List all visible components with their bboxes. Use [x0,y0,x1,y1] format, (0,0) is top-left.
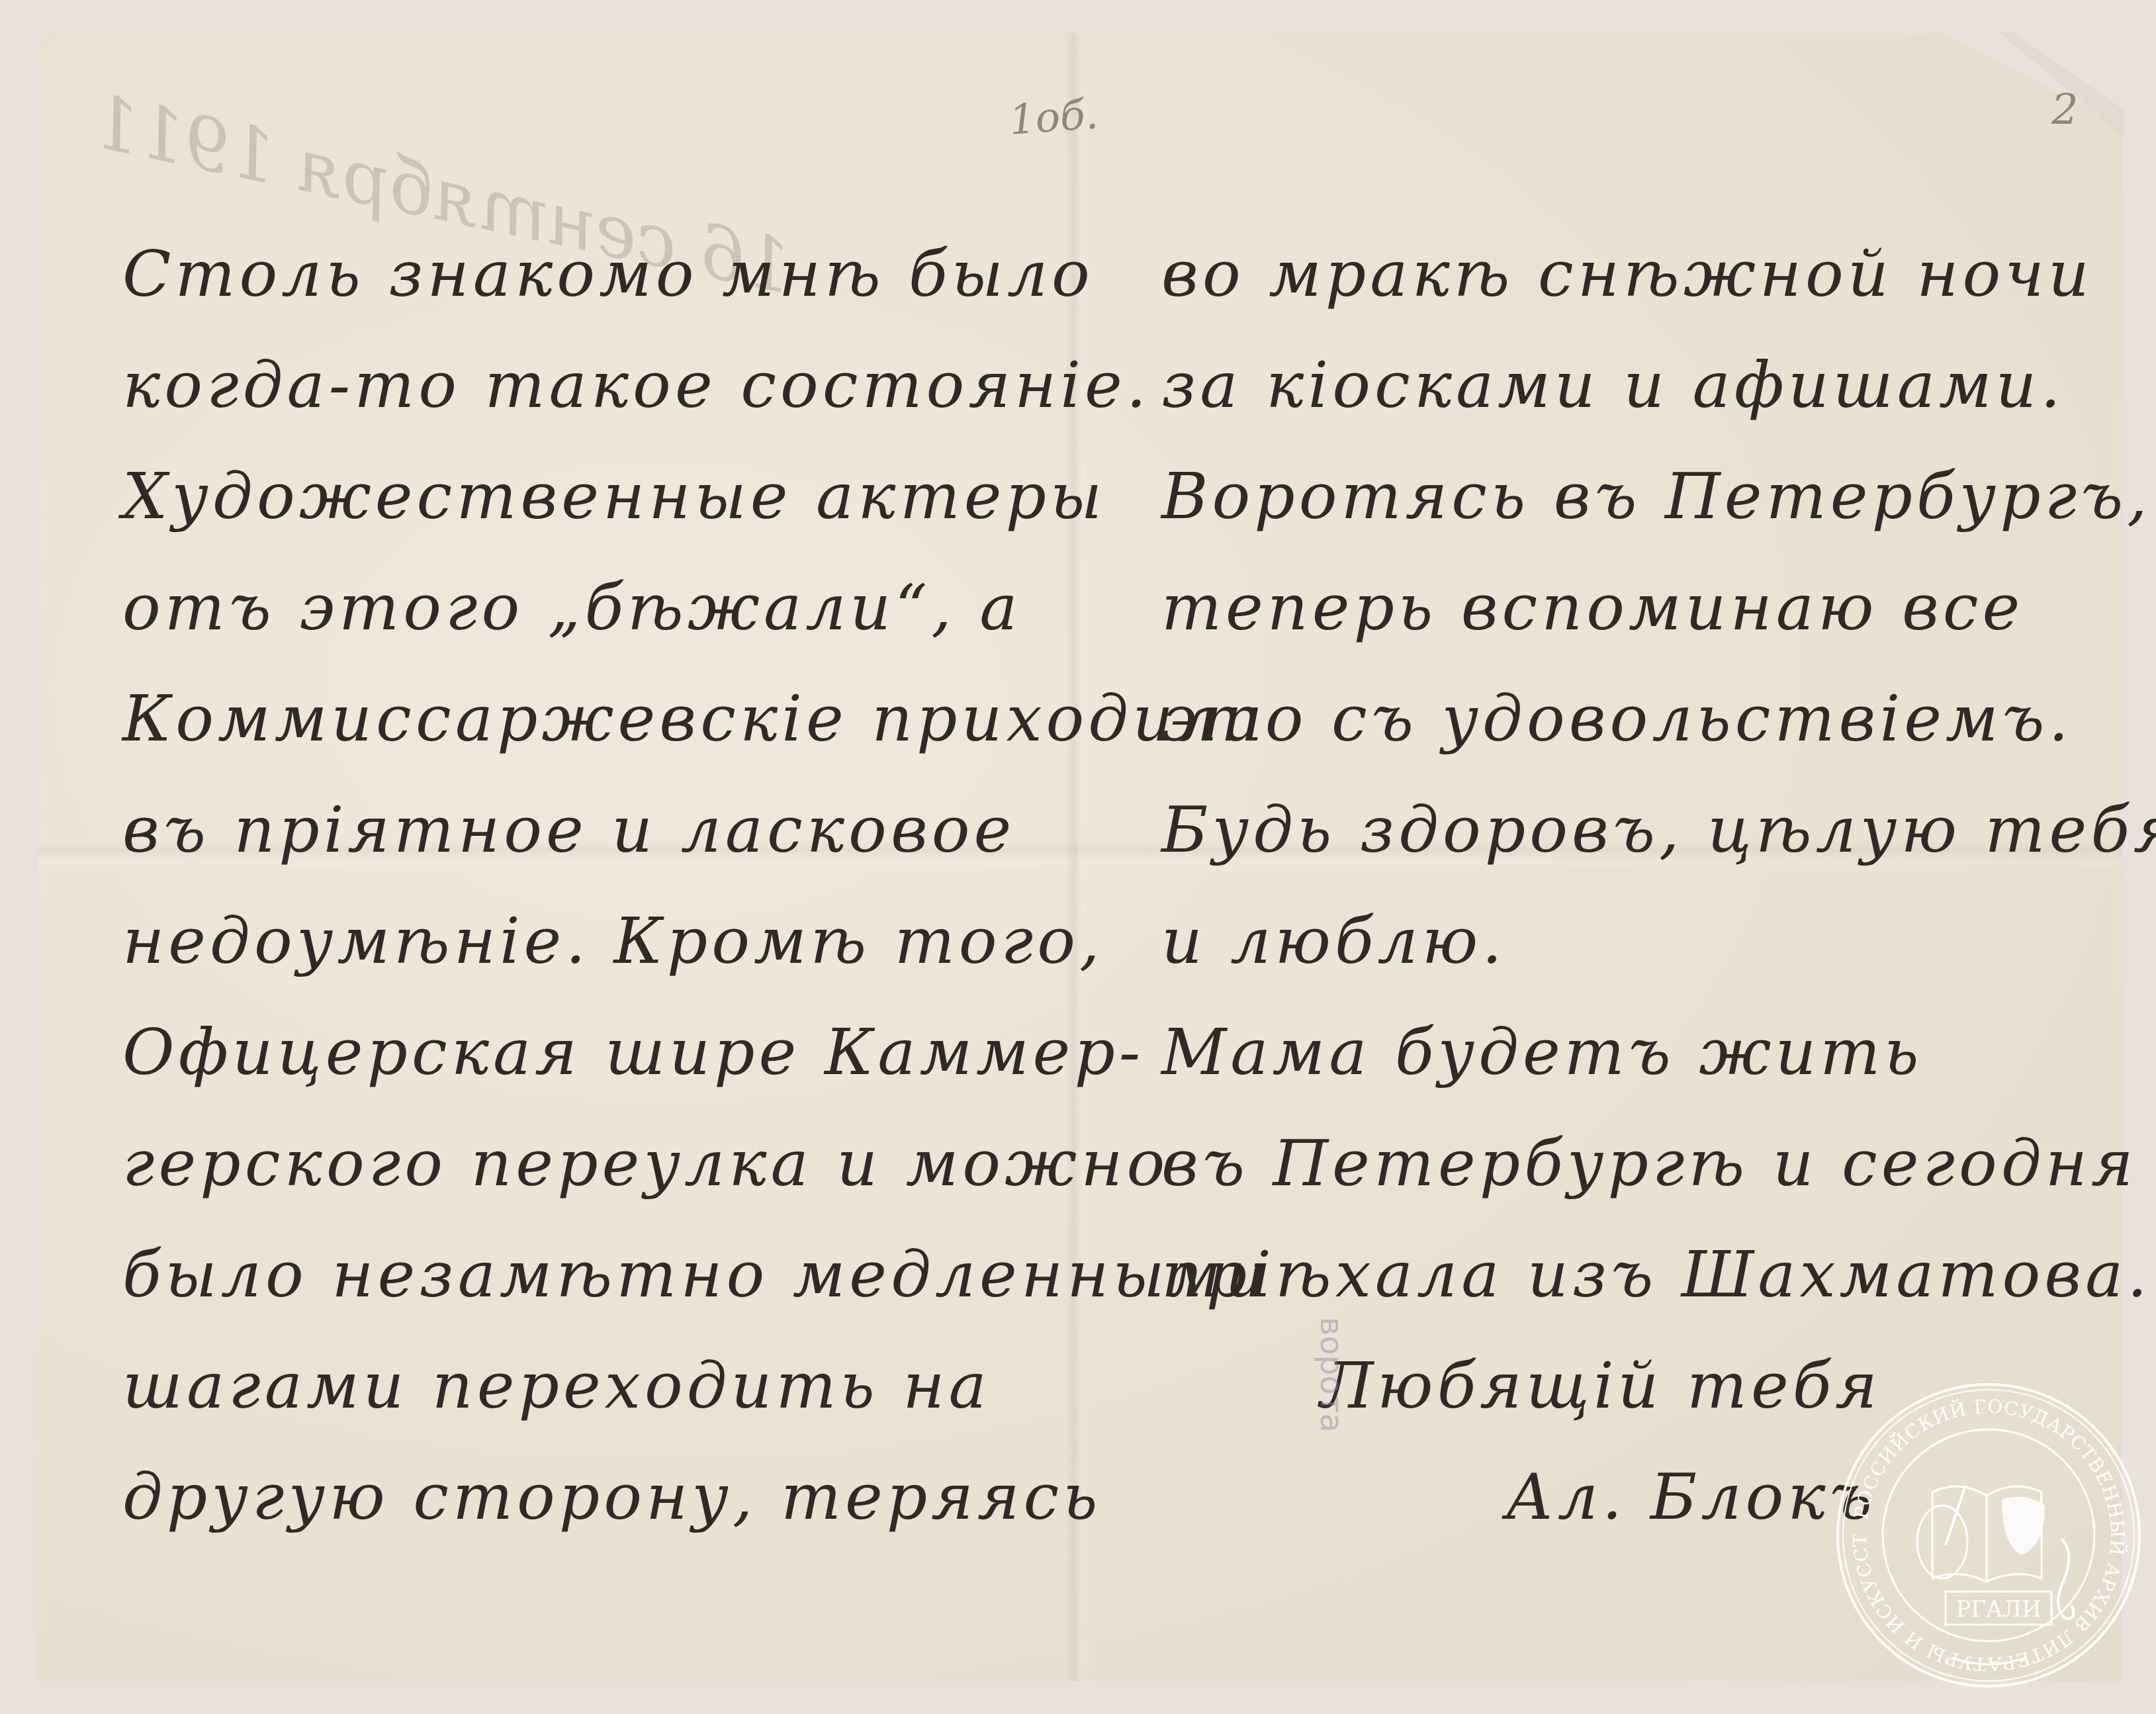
letter-line: это съ удовольствiемъ. [1161,663,2114,774]
letter-line: за кiосками и афишами. [1161,330,2114,441]
rgali-seal-icon: РОССИЙСКИЙ ГОСУДАРСТВЕННЫЙ АРХИВ ЛИТЕРАТ… [1833,1380,2144,1691]
letter-line: Воротясь въ Петербургъ, [1161,441,2114,552]
letter-line: отъ этого „бѣжали“, а [122,552,1075,663]
left-page-text: Столь знакомо мнѣ было когда-то такое со… [122,218,1075,1553]
stamp-ring-text: РОССИЙСКИЙ ГОСУДАРСТВЕННЫЙ АРХИВ ЛИТЕРАТ… [1833,1380,2129,1675]
letter-line: Будь здоровъ, цѣлую тебя [1161,774,2114,885]
letter-line: и люблю. [1161,885,2114,997]
letter-line: теперь вспоминаю все [1161,552,2114,663]
letter-line: когда-то такое состоянiе. [122,330,1075,441]
folio-number-left: 1об. [1008,89,1100,144]
letter-line: шагами переходить на [122,1330,1075,1441]
letter-line: во мракѣ снѣжной ночи [1161,218,2114,330]
svg-text:РОССИЙСКИЙ ГОСУДАРСТВЕННЫЙ АРХ: РОССИЙСКИЙ ГОСУДАРСТВЕННЫЙ АРХИВ ЛИТЕРАТ… [1833,1380,2129,1675]
letter-line: недоумѣнiе. Кромѣ того, [122,885,1075,997]
letter-line: въ Петербургѣ и сегодня [1161,1108,2114,1219]
archive-stamp: РОССИЙСКИЙ ГОСУДАРСТВЕННЫЙ АРХИВ ЛИТЕРАТ… [1833,1380,2144,1691]
folio-number-right: 2 [2051,86,2079,135]
letter-line: было незамѣтно медленными [122,1219,1075,1330]
letter-line: Столь знакомо мнѣ было [122,218,1075,330]
pencil-annotation: ворота [1313,1317,1350,1433]
letter-line: Офицерская шире Каммер- [122,997,1075,1108]
letter-line: герского переулка и можно [122,1108,1075,1219]
letter-line: Мама будетъ жить [1161,997,2114,1108]
letter-line: другую сторону, теряясь [122,1441,1075,1553]
letter-line: Коммиссаржевскiе приходили [122,663,1075,774]
stamp-center-text: РГАЛИ [1955,1596,2041,1623]
right-page-text: во мракѣ снѣжной ночи за кiосками и афиш… [1161,218,2114,1553]
letter-line: въ прiятное и ласковое [122,774,1075,885]
letter-line: прiѣхала изъ Шахматова. [1161,1219,2114,1330]
letter-line: Художественные актеры [122,441,1075,552]
